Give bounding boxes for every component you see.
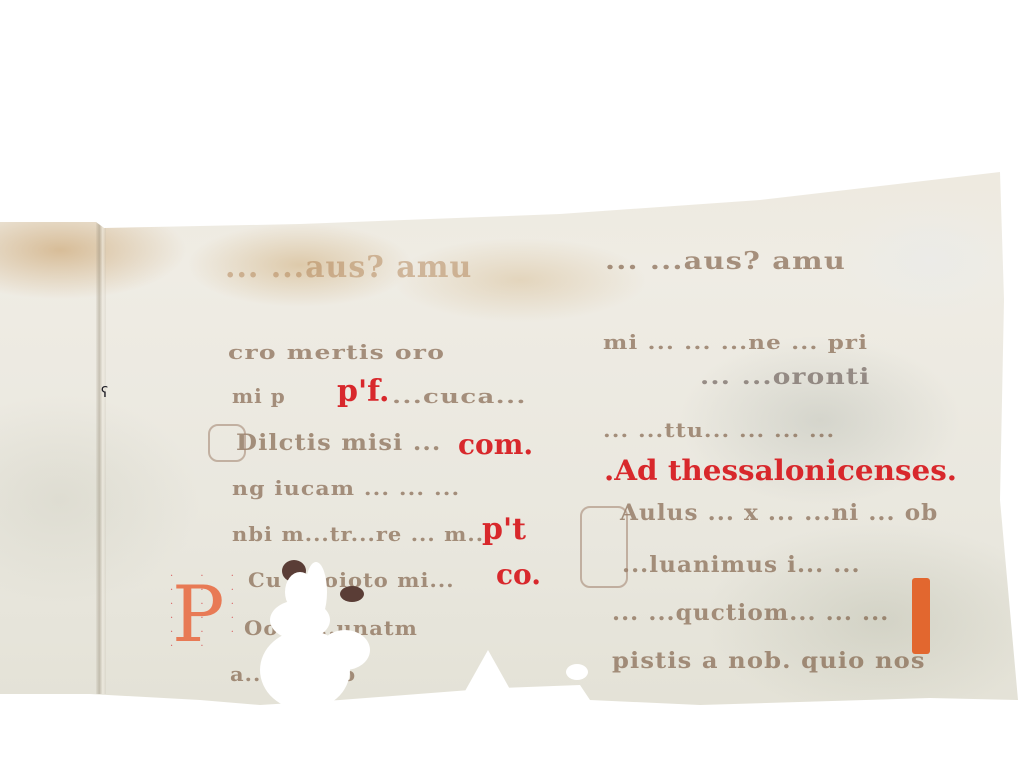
fold-ink-mark: ʕ	[101, 385, 108, 401]
right-line-5: ...luanimus i... ...	[622, 552, 861, 578]
right-line-6: ... ...quctiom... ... ...	[612, 600, 889, 626]
left-line-1: cro mertis oro	[228, 340, 445, 364]
left-line-5: nbi m...tr...re ... m...	[232, 522, 492, 546]
faded-initial-box	[208, 424, 246, 462]
left-line-0: ... ...aus? amu	[225, 250, 472, 285]
rubric-commentarium-1: com.	[458, 428, 533, 461]
dot-border-decoration: · · · · · · · · · · · · · · · · ·	[170, 570, 250, 654]
right-line-3: ... ...ttu... ... ... ...	[603, 418, 835, 442]
left-line-4: ng iucam ... ... ...	[232, 476, 460, 500]
rubric-commentarium-2: co.	[496, 558, 541, 591]
left-line-3: Dilctis misi ...	[236, 430, 441, 456]
left-line-2b: ...cuca...	[392, 384, 527, 408]
right-line-4: Aulus ... x ... ...ni ... ob	[620, 500, 938, 526]
right-line-1: mi ... ... ...ne ... pri	[603, 330, 868, 354]
hole-damage	[320, 630, 370, 670]
left-line-2: mi p	[232, 384, 286, 408]
rubric-prefatio: p'f.	[337, 374, 389, 409]
photo-stage: ʕ ... ...aus? amu cro mertis oro mi p ..…	[0, 0, 1024, 768]
rubric-prologus: p't	[482, 512, 526, 547]
torn-notch	[460, 650, 516, 700]
rubric-book-title: .Ad thessalonicenses.	[604, 454, 957, 487]
right-line-0: ... ...aus? amu	[605, 246, 846, 275]
hole-damage	[566, 664, 588, 680]
right-line-2: ... ...oronti	[700, 364, 870, 390]
right-line-7: pistis a nob. quio nos	[612, 648, 926, 674]
fold-crease	[96, 222, 106, 694]
red-margin-mark	[912, 578, 930, 654]
faded-initial-box-right	[580, 506, 628, 588]
hole-edge	[340, 586, 364, 602]
